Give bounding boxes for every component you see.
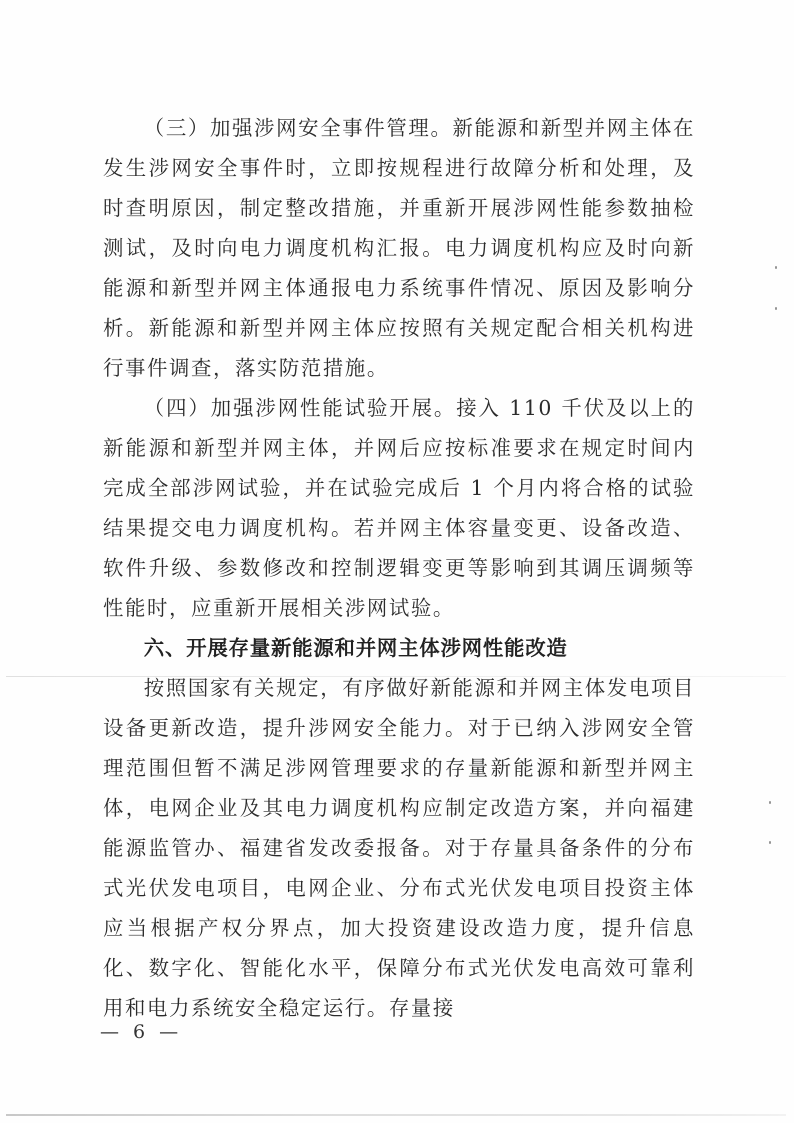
scan-speck <box>769 801 771 804</box>
scan-speck <box>775 307 777 310</box>
paragraph-event-management: （三）加强涉网安全事件管理。新能源和新型并网主体在发生涉网安全事件时，立即按规程… <box>103 108 695 388</box>
scan-speck <box>769 841 771 844</box>
document-body: （三）加强涉网安全事件管理。新能源和新型并网主体在发生涉网安全事件时，立即按规程… <box>103 108 695 1028</box>
page-bottom-edge <box>6 1114 786 1116</box>
scan-artifact-line <box>6 676 786 677</box>
paragraph-retrofit: 按照国家有关规定，有序做好新能源和并网主体发电项目设备更新改造，提升涉网安全能力… <box>103 668 695 1028</box>
document-page: （三）加强涉网安全事件管理。新能源和新型并网主体在发生涉网安全事件时，立即按规程… <box>0 0 794 1123</box>
paragraph-performance-testing: （四）加强涉网性能试验开展。接入 110 千伏及以上的新能源和新型并网主体，并网… <box>103 388 695 628</box>
scan-speck <box>775 266 777 269</box>
page-number: — 6 — <box>100 1021 182 1043</box>
section-heading-six: 六、开展存量新能源和并网主体涉网性能改造 <box>103 628 695 668</box>
